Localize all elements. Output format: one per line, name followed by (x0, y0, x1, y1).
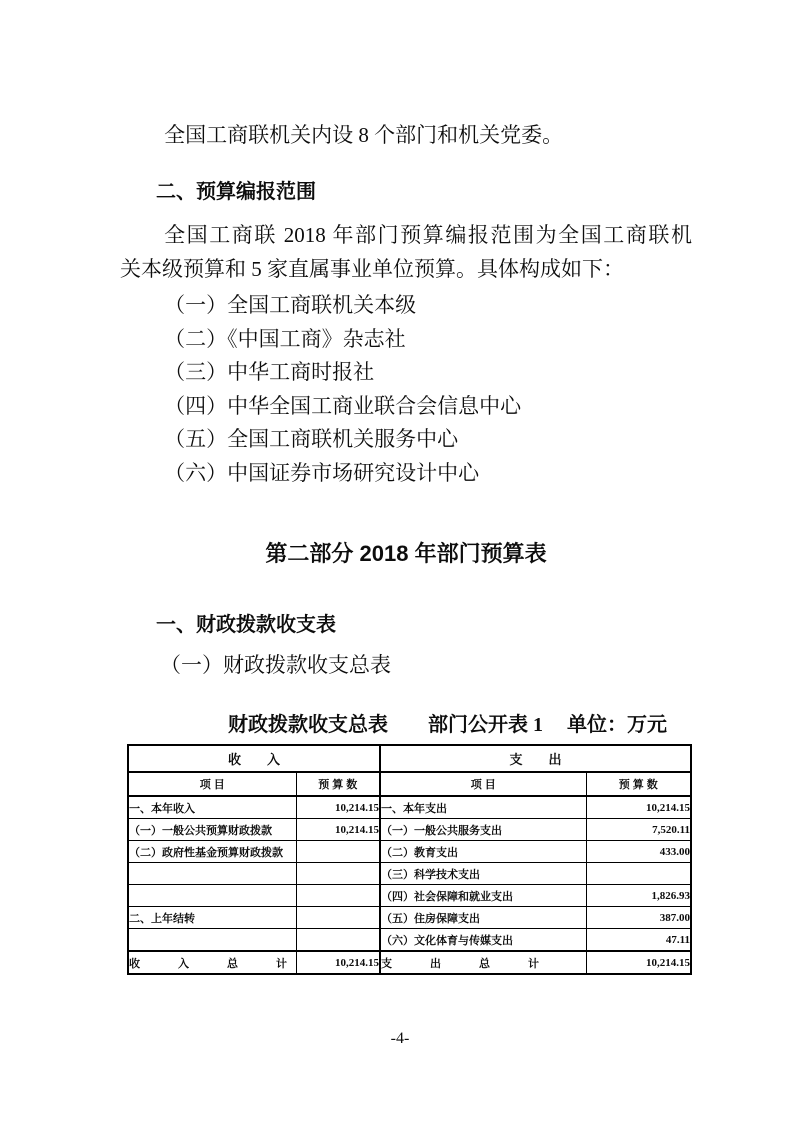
income-value-cell (296, 841, 380, 863)
scope-list: （一）全国工商联机关本级 （二）《中国工商》杂志社 （三）中华工商时报社 （四）… (120, 289, 692, 490)
document-page: 全国工商联机关内设 8 个部门和机关党委。 二、预算编报范围 全国工商联 201… (0, 0, 800, 1131)
table-row: 二、上年结转 （五）住房保障支出 387.00 (128, 907, 691, 929)
budget-subsection-heading: （一）财政拨款收支总表 (160, 649, 391, 679)
income-item-cell (128, 863, 296, 885)
income-value-cell (296, 929, 380, 952)
scope-paragraph: 全国工商联 2018 年部门预算编报范围为全国工商联机 关本级预算和 5 家直属… (120, 219, 692, 286)
expense-value-cell: 433.00 (586, 841, 691, 863)
expense-value-cell: 7,520.11 (586, 819, 691, 841)
table-title-note: 部门公开表 1 (428, 714, 543, 736)
expense-item-cell: （一）一般公共服务支出 (380, 819, 586, 841)
budget-table-container: 收入 支出 项目 预算数 项目 预算数 一、本年收入 10,214.15 一、本… (127, 744, 692, 975)
income-item-cell (128, 885, 296, 907)
table-total-row: 收入总计 10,214.15 支出总计 10,214.15 (128, 951, 691, 974)
expense-header: 支出 (380, 745, 691, 772)
income-value-cell (296, 885, 380, 907)
income-header: 收入 (128, 745, 380, 772)
table-title-unit: 单位：万元 (567, 714, 667, 736)
expense-budget-header: 预算数 (586, 772, 691, 796)
table-row: （二）政府性基金预算财政拨款 （二）教育支出 433.00 (128, 841, 691, 863)
income-item-cell: 一、本年收入 (128, 796, 296, 819)
table-row: （三）科学技术支出 (128, 863, 691, 885)
income-value-cell: 10,214.15 (296, 796, 380, 819)
list-item: （三）中华工商时报社 (120, 356, 692, 390)
expense-value-cell: 1,826.93 (586, 885, 691, 907)
table-title: 财政拨款收支总表 (228, 714, 388, 736)
income-item-header: 项目 (128, 772, 296, 796)
expense-item-cell: （六）文化体育与传媒支出 (380, 929, 586, 952)
income-item-cell: （一）一般公共预算财政拨款 (128, 819, 296, 841)
income-value-cell (296, 907, 380, 929)
expense-item-cell: （四）社会保障和就业支出 (380, 885, 586, 907)
expense-total-value-cell: 10,214.15 (586, 951, 691, 974)
budget-section-heading: 一、财政拨款收支表 (156, 608, 336, 637)
expense-item-cell: 一、本年支出 (380, 796, 586, 819)
list-item: （二）《中国工商》杂志社 (120, 323, 692, 357)
expense-item-cell: （三）科学技术支出 (380, 863, 586, 885)
table-row: 一、本年收入 10,214.15 一、本年支出 10,214.15 (128, 796, 691, 819)
list-item: （五）全国工商联机关服务中心 (120, 423, 692, 457)
income-item-cell (128, 929, 296, 952)
expense-item-cell: （五）住房保障支出 (380, 907, 586, 929)
expense-value-cell: 10,214.15 (586, 796, 691, 819)
list-item: （四）中华全国工商业联合会信息中心 (120, 390, 692, 424)
budget-table: 收入 支出 项目 预算数 项目 预算数 一、本年收入 10,214.15 一、本… (127, 744, 692, 975)
table-title-line: 财政拨款收支总表部门公开表 1单位：万元 (228, 708, 667, 737)
income-budget-header: 预算数 (296, 772, 380, 796)
expense-value-cell (586, 863, 691, 885)
table-row: （四）社会保障和就业支出 1,826.93 (128, 885, 691, 907)
income-total-label-cell: 收入总计 (128, 951, 296, 974)
income-value-cell (296, 863, 380, 885)
income-value-cell: 10,214.15 (296, 819, 380, 841)
expense-total-label-cell: 支出总计 (380, 951, 586, 974)
table-row: （一）一般公共预算财政拨款 10,214.15 （一）一般公共服务支出 7,52… (128, 819, 691, 841)
expense-value-cell: 387.00 (586, 907, 691, 929)
page-number: -4- (0, 1030, 800, 1048)
scope-paragraph-line2: 关本级预算和 5 家直属事业单位预算。具体构成如下： (120, 253, 692, 287)
income-item-cell: 二、上年结转 (128, 907, 296, 929)
income-item-cell: （二）政府性基金预算财政拨款 (128, 841, 296, 863)
list-item: （六）中国证券市场研究设计中心 (120, 457, 692, 491)
part2-heading: 第二部分 2018 年部门预算表 (120, 537, 692, 568)
list-item: （一）全国工商联机关本级 (120, 289, 692, 323)
scope-section-heading: 二、预算编报范围 (156, 175, 316, 204)
scope-paragraph-line1: 全国工商联 2018 年部门预算编报范围为全国工商联机 (120, 219, 692, 253)
income-total-value-cell: 10,214.15 (296, 951, 380, 974)
expense-item-header: 项目 (380, 772, 586, 796)
table-row: （六）文化体育与传媒支出 47.11 (128, 929, 691, 952)
expense-item-cell: （二）教育支出 (380, 841, 586, 863)
intro-paragraph: 全国工商联机关内设 8 个部门和机关党委。 (120, 120, 692, 150)
expense-value-cell: 47.11 (586, 929, 691, 952)
